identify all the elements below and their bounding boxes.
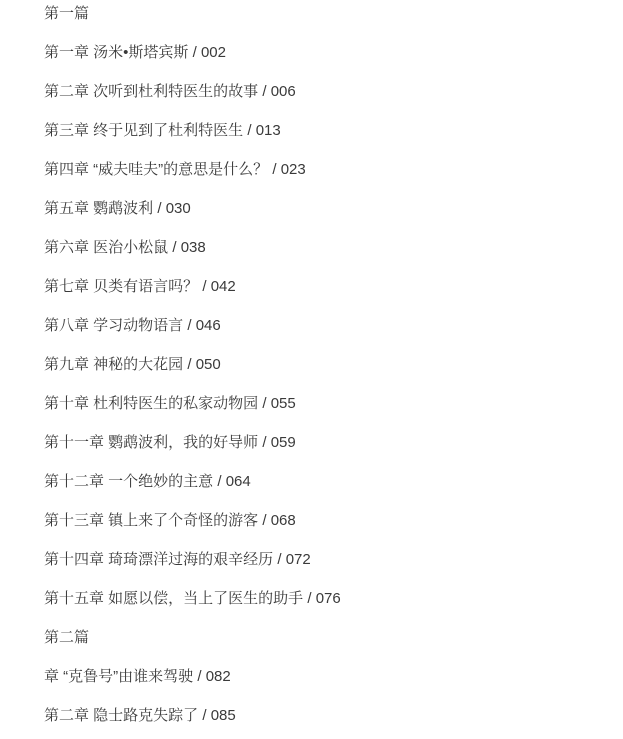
page-separator: / <box>307 590 311 607</box>
page-number: 068 <box>271 512 296 529</box>
toc-entry: 第十三章 镇上来了个奇怪的游客/068 <box>44 513 603 529</box>
page-separator: / <box>193 44 197 61</box>
page-separator: / <box>172 239 176 256</box>
page-separator: / <box>262 512 266 529</box>
chapter-title: 第十五章 如愿以偿，当上了医生的助手 <box>44 590 303 607</box>
chapter-title: 第八章 学习动物语言 <box>44 317 183 334</box>
toc-entry: 第三章 终于见到了杜利特医生/013 <box>44 123 603 139</box>
page-number: 072 <box>286 551 311 568</box>
page-number: 085 <box>211 707 236 724</box>
toc-entry: 章 “克鲁号”由谁来驾驶/082 <box>44 669 603 685</box>
chapter-title: 第七章 贝类有语言吗？ <box>44 278 198 295</box>
toc-entry: 第五章 鹦鹉波利/030 <box>44 201 603 217</box>
page-separator: / <box>277 551 281 568</box>
chapter-title: 第十章 杜利特医生的私家动物园 <box>44 395 258 412</box>
page-number: 030 <box>166 200 191 217</box>
toc-entry: 第一章 汤米•斯塔宾斯/002 <box>44 45 603 61</box>
chapter-title: 第四章 “威夫哇夫”的意思是什么？ <box>44 161 268 178</box>
chapter-title: 第十四章 琦琦漂洋过海的艰辛经历 <box>44 551 273 568</box>
toc-entry: 第十五章 如愿以偿，当上了医生的助手/076 <box>44 591 603 607</box>
page-number: 023 <box>281 161 306 178</box>
toc-entry: 第八章 学习动物语言/046 <box>44 318 603 334</box>
page-number: 046 <box>196 317 221 334</box>
page-number: 050 <box>196 356 221 373</box>
chapter-title: 章 “克鲁号”由谁来驾驶 <box>44 668 193 685</box>
toc-entry: 第十一章 鹦鹉波利，我的好导师/059 <box>44 435 603 451</box>
chapter-title: 第五章 鹦鹉波利 <box>44 200 153 217</box>
chapter-title: 第二章 次听到杜利特医生的故事 <box>44 83 258 100</box>
page-number: 042 <box>211 278 236 295</box>
page-separator: / <box>202 278 206 295</box>
page-number: 059 <box>271 434 296 451</box>
page-number: 082 <box>206 668 231 685</box>
page-separator: / <box>247 122 251 139</box>
chapter-title: 第十一章 鹦鹉波利，我的好导师 <box>44 434 258 451</box>
chapter-title: 第六章 医治小松鼠 <box>44 239 168 256</box>
toc-entry: 第二章 隐士路克失踪了/085 <box>44 708 603 724</box>
chapter-title: 第十二章 一个绝妙的主意 <box>44 473 213 490</box>
chapter-title: 第九章 神秘的大花园 <box>44 356 183 373</box>
toc-entry: 第十二章 一个绝妙的主意/064 <box>44 474 603 490</box>
page-number: 076 <box>316 590 341 607</box>
toc-entry: 第二章 次听到杜利特医生的故事/006 <box>44 84 603 100</box>
page-separator: / <box>187 317 191 334</box>
section-heading-text: 第一篇 <box>44 5 89 22</box>
page-number: 038 <box>181 239 206 256</box>
page-separator: / <box>262 395 266 412</box>
chapter-title: 第一章 汤米•斯塔宾斯 <box>44 44 188 61</box>
toc-entry: 第四章 “威夫哇夫”的意思是什么？/023 <box>44 162 603 178</box>
toc-entry: 第七章 贝类有语言吗？/042 <box>44 279 603 295</box>
section-heading-text: 第二篇 <box>44 629 89 646</box>
page-separator: / <box>217 473 221 490</box>
page-separator: / <box>197 668 201 685</box>
page-number: 013 <box>256 122 281 139</box>
chapter-title: 第二章 隐士路克失踪了 <box>44 707 198 724</box>
page-separator: / <box>157 200 161 217</box>
page-number: 002 <box>201 44 226 61</box>
page-number: 055 <box>271 395 296 412</box>
page-separator: / <box>262 83 266 100</box>
toc-entry: 第九章 神秘的大花园/050 <box>44 357 603 373</box>
page-separator: / <box>187 356 191 373</box>
section-heading: 第一篇 <box>44 6 603 22</box>
page-separator: / <box>202 707 206 724</box>
table-of-contents: 第一篇 第一章 汤米•斯塔宾斯/002 第二章 次听到杜利特医生的故事/006 … <box>0 0 623 724</box>
chapter-title: 第十三章 镇上来了个奇怪的游客 <box>44 512 258 529</box>
toc-entry: 第十章 杜利特医生的私家动物园/055 <box>44 396 603 412</box>
page-number: 006 <box>271 83 296 100</box>
toc-entry: 第十四章 琦琦漂洋过海的艰辛经历/072 <box>44 552 603 568</box>
section-heading: 第二篇 <box>44 630 603 646</box>
page-separator: / <box>272 161 276 178</box>
toc-entry: 第六章 医治小松鼠/038 <box>44 240 603 256</box>
page-separator: / <box>262 434 266 451</box>
page-number: 064 <box>226 473 251 490</box>
chapter-title: 第三章 终于见到了杜利特医生 <box>44 122 243 139</box>
